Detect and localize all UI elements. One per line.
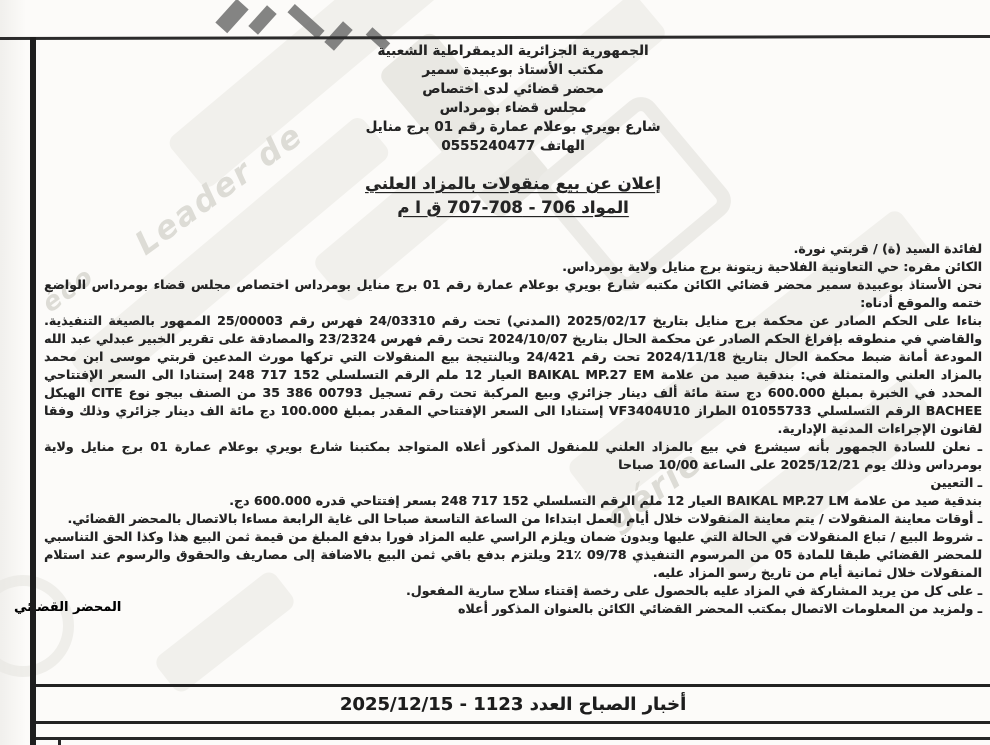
- notice-title-text: إعلان عن بيع منقولات بالمزاد العلني: [44, 172, 982, 196]
- newspaper-issue-date: أخبار الصباح العدد 1123 ‏- 2025/12/15: [340, 694, 686, 715]
- paragraph-rifle-designation: بندقية صيد من علامة BAIKAL MP.27 LM العي…: [44, 492, 982, 510]
- paragraph-viewing-times: ـ أوقات معاينة المنقولات / يتم معاينة ال…: [44, 510, 982, 528]
- paragraph-license-requirement: ـ على كل من يريد المشاركة في المزاد عليه…: [44, 582, 982, 600]
- paragraph-beneficiary-address: الكائن مقره: حي التعاونية الفلاحية زيتون…: [44, 258, 982, 276]
- paragraph-judgment-details: بناءا على الحكم الصادر عن محكمة برج مناي…: [44, 312, 982, 438]
- next-frame-tick: [58, 737, 61, 745]
- scan-edge-shadow: [0, 0, 26, 745]
- left-border-line: [30, 37, 36, 745]
- scan-artifact: [215, 0, 248, 33]
- paragraph-sale-conditions: ـ شروط البيع / تباع المنقولات في الحالة …: [44, 528, 982, 582]
- header-line-republic: الجمهورية الجزائرية الديمقراطية الشعبية: [44, 42, 982, 61]
- notice-body: لفائدة السيد (ة) / قربتي نورة. الكائن مق…: [44, 240, 982, 618]
- header-line-bailiff: محضر قضائي لدى اختصاص: [44, 80, 982, 99]
- header-line-phone: الهاتف 0555240477: [44, 137, 982, 156]
- notice-articles: المواد 706 ‏- 707-708 ق ا م: [44, 196, 982, 220]
- newspaper-footer-box: أخبار الصباح العدد 1123 ‏- 2025/12/15: [36, 684, 990, 724]
- header-line-council: مجلس قضاء بومرداس: [44, 99, 982, 118]
- paragraph-designation-heading: ـ التعيين: [44, 474, 982, 492]
- header-line-office: مكتب الأستاذ بوعبيدة سمير: [44, 61, 982, 80]
- paragraph-beneficiary: لفائدة السيد (ة) / قربتي نورة.: [44, 240, 982, 258]
- scanned-notice-page: Leader de éco gérie الجمهورية الجزائرية …: [0, 0, 990, 745]
- top-border-line: [0, 35, 990, 40]
- paragraph-contact-info: ـ ولمزيد من المعلومات الاتصال بمكتب المح…: [44, 600, 982, 618]
- scan-artifact: [287, 4, 324, 39]
- scan-artifact: [248, 5, 276, 35]
- notice-content: الجمهورية الجزائرية الديمقراطية الشعبية …: [44, 42, 982, 618]
- notice-title: إعلان عن بيع منقولات بالمزاد العلني المو…: [44, 172, 982, 220]
- issuer-header: الجمهورية الجزائرية الديمقراطية الشعبية …: [44, 42, 982, 156]
- paragraph-auction-announcement: ـ نعلن للسادة الجمهور بأنه سيشرع في بيع …: [44, 438, 982, 474]
- next-frame-top-line: [36, 737, 990, 740]
- paragraph-bailiff-intro: نحن الأستاذ بوعبيدة سمير محضر قضائي الكا…: [44, 276, 982, 312]
- bailiff-signature: المحضر القضائي: [14, 600, 174, 615]
- header-line-address: شارع بويري بوعلام عمارة رقم 01 برج منايل: [44, 118, 982, 137]
